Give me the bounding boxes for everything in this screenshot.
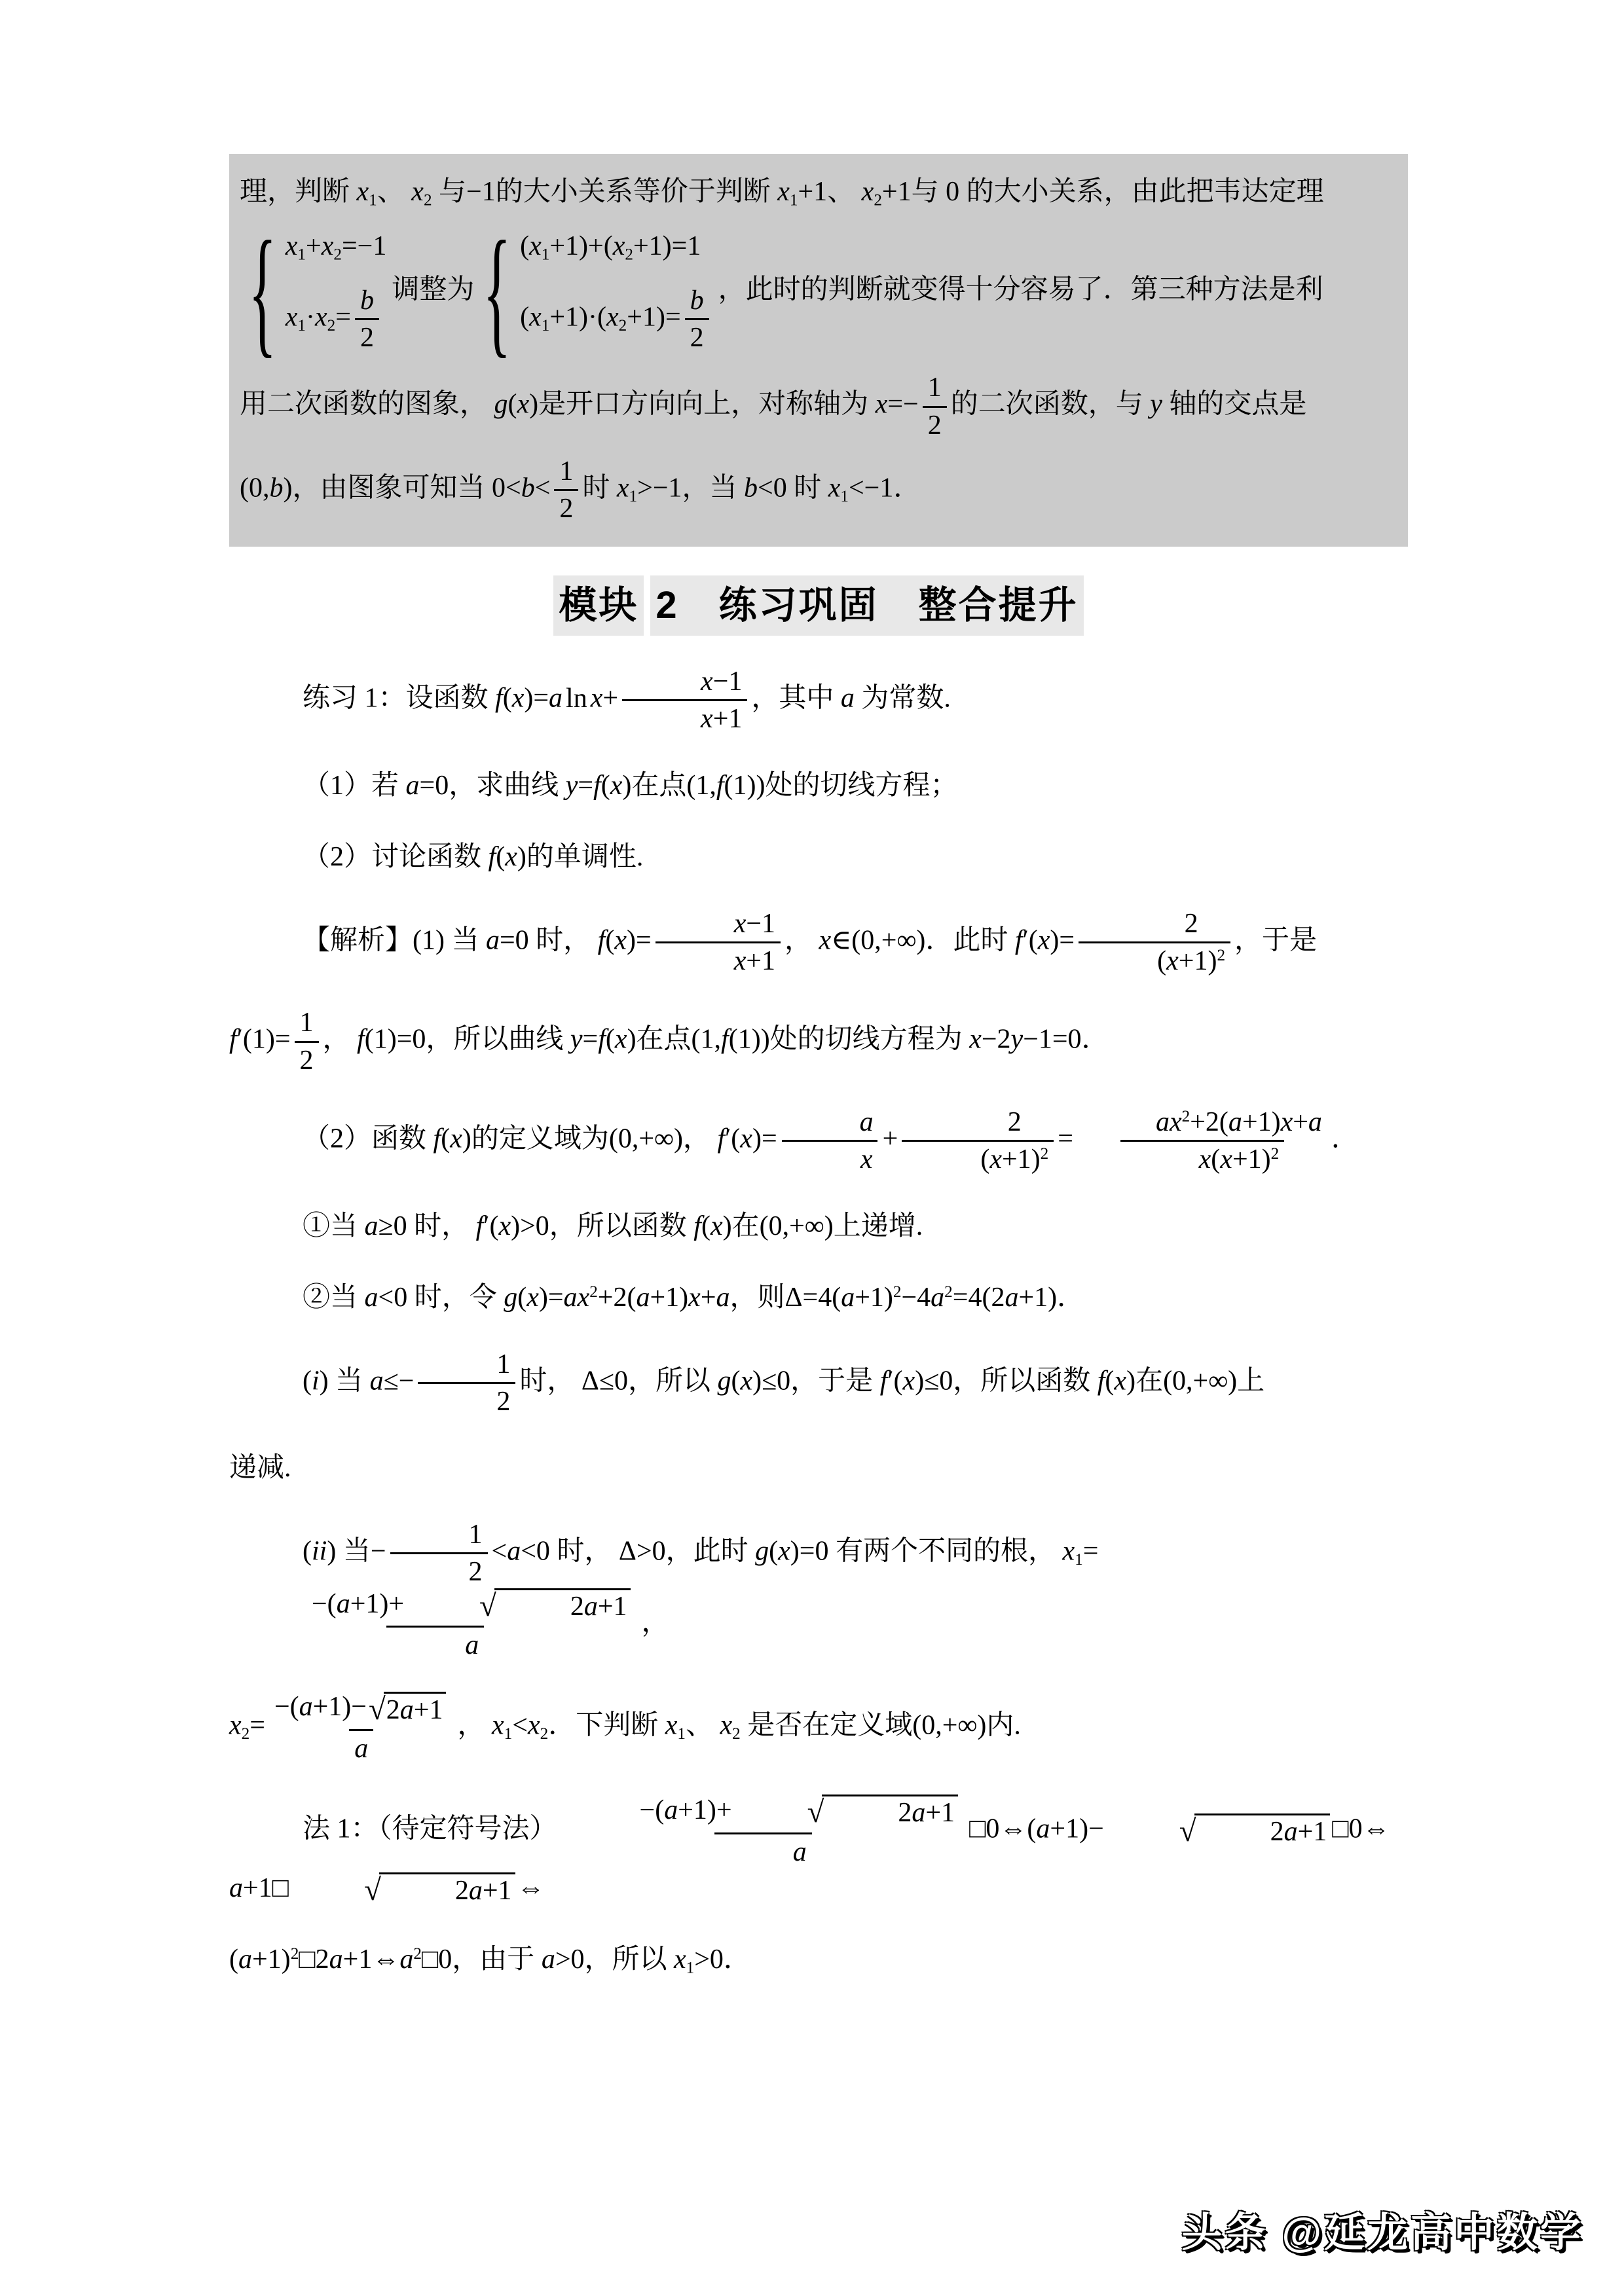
left-brace: { bbox=[248, 228, 276, 357]
math-fraction: 2(x+1)2 bbox=[902, 1106, 1054, 1176]
note-box-line-3: 用二次函数的图象， g(x)是开口方向向上，对称轴为 x=−12的二次函数，与 … bbox=[240, 372, 1397, 441]
math-fraction: x−1x+1 bbox=[655, 908, 781, 977]
math-cases: {(x1+1)+(x2+1)=1(x1+1)·(x2+1)=b2 bbox=[479, 230, 712, 354]
radical-sign: √ bbox=[734, 1795, 824, 1830]
math-fraction: 12 bbox=[295, 1007, 319, 1076]
math-sqrt: √2a+1 bbox=[1106, 1813, 1331, 1849]
p-method-1: 法 1：（待定符号法）−(a+1)+√2a+1a□0⇔(a+1)−√2a+1□0… bbox=[229, 1795, 1408, 1909]
p-exercise-1: 练习 1：设函数 f(x)=alnx+x−1x+1，其中 a 为常数. bbox=[229, 666, 1408, 735]
math-fraction: 2(x+1)2 bbox=[1079, 908, 1230, 977]
math-fraction: −(a+1)−√2a+1a bbox=[269, 1691, 454, 1764]
radical-sign: √ bbox=[1106, 1813, 1196, 1849]
p-method-1-cont: (a+1)2□2a+1⇔a2□0，由于 a>0，所以 x1>0． bbox=[229, 1939, 1408, 1980]
p-case-i-cont: 递减. bbox=[229, 1448, 1408, 1489]
p-analysis-1: 【解析】(1) 当 a=0 时， f(x)=x−1x+1， x∈(0,+∞)．此… bbox=[229, 908, 1408, 977]
p-part-2: （2）讨论函数 f(x)的单调性. bbox=[229, 837, 1408, 878]
p-case-a-lt-0: ②当 a<0 时，令 g(x)=ax2+2(a+1)x+a，则Δ=4(a+1)2… bbox=[229, 1277, 1408, 1319]
note-box-line-4: (0,b)，由图象可知当 0<b<12时 x1>−1，当 b<0 时 x1<−1… bbox=[240, 456, 1397, 525]
left-brace: { bbox=[483, 228, 511, 357]
p-part-1: （1）若 a=0，求曲线 y=f(x)在点(1,f(1))处的切线方程； bbox=[229, 765, 1408, 807]
p-case-ii-cont: x2=−(a+1)−√2a+1a， x1<x2．下判断 x1、 x2 是否在定义… bbox=[229, 1691, 1408, 1764]
vieta-note-box: 理，判断 x1、 x2 与−1的大小关系等价于判断 x1+1、 x2+1与 0 … bbox=[229, 154, 1408, 547]
note-box-line-2: {x1+x2=−1x1·x2=b2调整为{(x1+1)+(x2+1)=1(x1+… bbox=[240, 230, 1397, 354]
math-fraction: b2 bbox=[685, 285, 709, 354]
note-box-line-1: 理，判断 x1、 x2 与−1的大小关系等价于判断 x1+1、 x2+1与 0 … bbox=[240, 171, 1397, 213]
p-case-i: (i) 当 a≤−12时， Δ≤0，所以 g(x)≤0，于是 f′(x)≤0，所… bbox=[229, 1349, 1408, 1418]
module-heading-part-2: 2 练习巩固 整合提升 bbox=[650, 575, 1083, 636]
math-sqrt: √2a+1 bbox=[291, 1872, 515, 1908]
math-fraction: −(a+1)+√2a+1a bbox=[561, 1795, 966, 1868]
math-fraction: 12 bbox=[390, 1519, 488, 1588]
math-fraction: −(a+1)+√2a+1a bbox=[233, 1588, 638, 1662]
math-fraction: 12 bbox=[554, 456, 578, 525]
math-fraction: 12 bbox=[923, 372, 947, 441]
math-fraction: ax bbox=[781, 1106, 879, 1176]
page-content: 理，判断 x1、 x2 与−1的大小关系等价于判断 x1+1、 x2+1与 0 … bbox=[229, 154, 1408, 1980]
module-heading-part-1: 模块 bbox=[553, 575, 644, 636]
solution-paragraphs: 练习 1：设函数 f(x)=alnx+x−1x+1，其中 a 为常数.（1）若 … bbox=[229, 666, 1408, 1980]
math-sqrt: √2a+1 bbox=[406, 1588, 631, 1624]
math-sqrt: √2a+1 bbox=[734, 1795, 959, 1830]
p-case-a-ge-0: ①当 a≥0 时， f′(x)>0，所以函数 f(x)在(0,+∞)上递增. bbox=[229, 1206, 1408, 1247]
module-heading: 模块2 练习巩固 整合提升 bbox=[229, 575, 1408, 636]
math-fraction: x−1x+1 bbox=[622, 666, 747, 735]
radical-sign: √ bbox=[406, 1588, 496, 1624]
math-fraction: 12 bbox=[418, 1349, 515, 1418]
radical-sign: √ bbox=[291, 1872, 381, 1908]
p-analysis-1-cont: f′(1)=12， f(1)=0，所以曲线 y=f(x)在点(1,f(1))处的… bbox=[229, 1007, 1408, 1076]
document-page: 理，判断 x1、 x2 与−1的大小关系等价于判断 x1+1、 x2+1与 0 … bbox=[0, 0, 1624, 2296]
math-cases: {x1+x2=−1x1·x2=b2 bbox=[245, 230, 386, 354]
p-analysis-2-domain: （2）函数 f(x)的定义域为(0,+∞)， f′(x)=ax+2(x+1)2=… bbox=[229, 1106, 1408, 1176]
watermark: 头条 @延龙高中数学 bbox=[1181, 2200, 1583, 2258]
math-fraction: ax2+2(a+1)x+ax(x+1)2 bbox=[1077, 1106, 1327, 1176]
p-case-ii: (ii) 当−12<a<0 时， Δ>0，此时 g(x)=0 有两个不同的根， … bbox=[229, 1519, 1408, 1661]
math-sqrt: √2a+1 bbox=[369, 1692, 447, 1727]
math-fraction: b2 bbox=[355, 285, 379, 354]
